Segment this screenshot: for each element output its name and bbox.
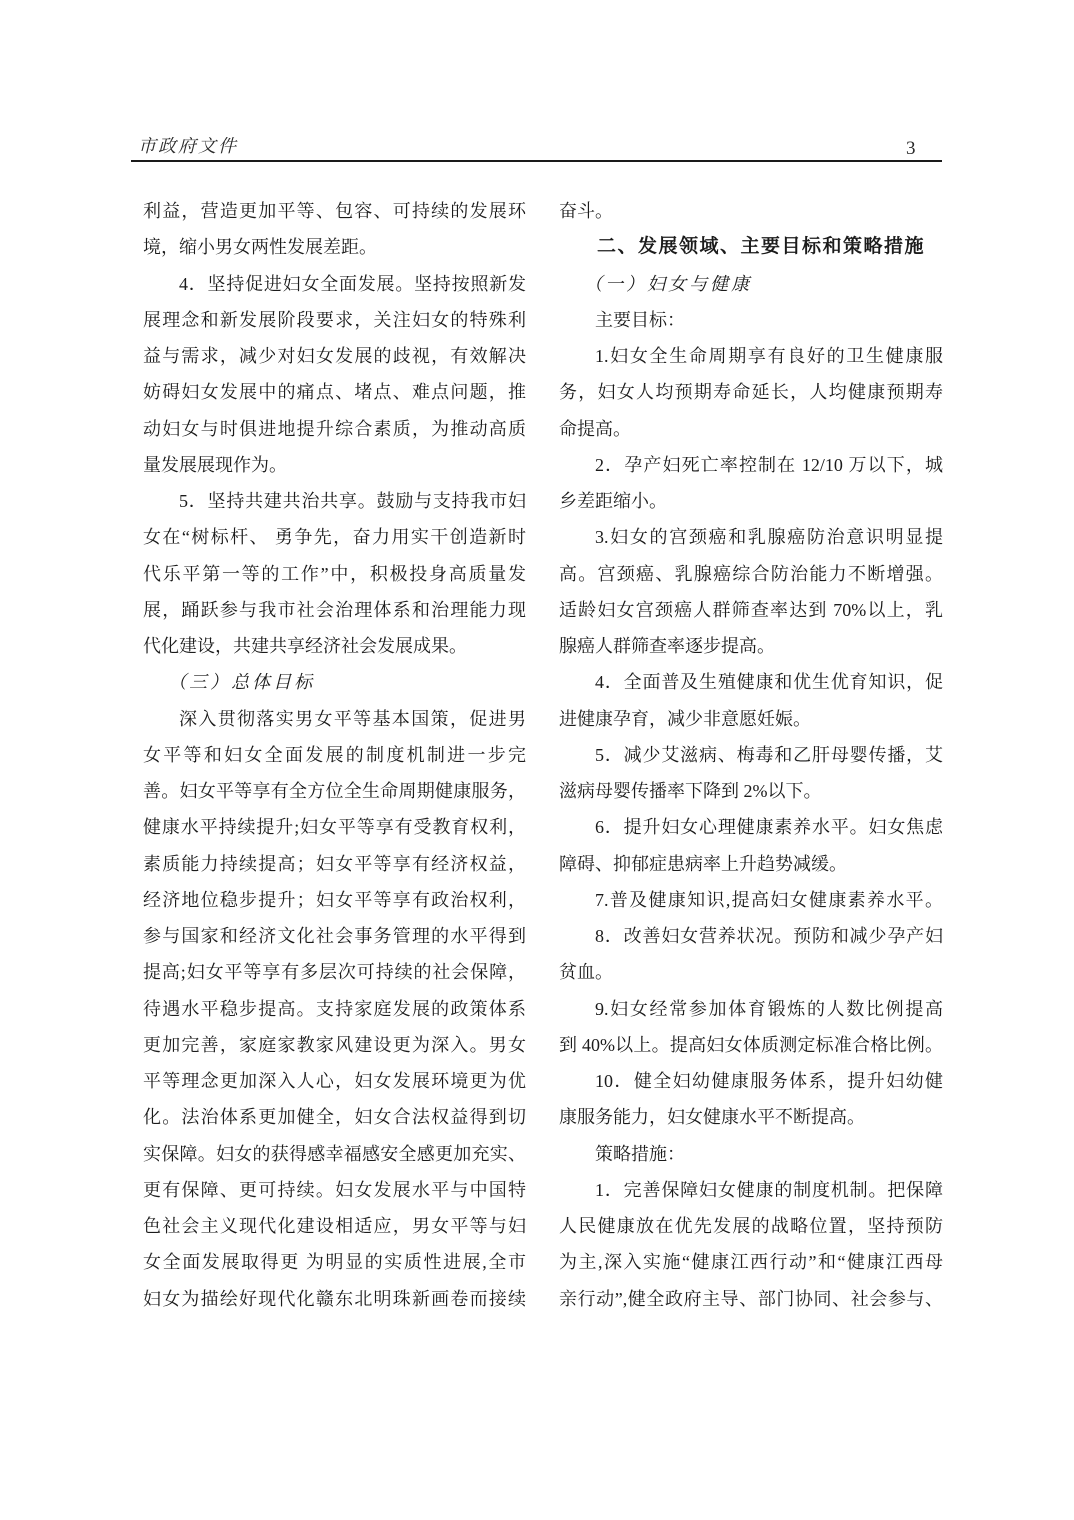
text-line: 康服务能力，妇女健康水平不断提高。	[559, 1099, 943, 1135]
text-line: 1．完善保障妇女健康的制度机制。把保障	[559, 1172, 943, 1208]
text-line: 参与国家和经济文化社会事务管理的水平得到	[143, 918, 526, 954]
text-line: 健康水平持续提升;妇女平等享有受教育权利，	[143, 809, 526, 845]
text-line: 主要目标：	[559, 302, 943, 338]
text-line: 更加完善，家庭家教家风建设更为深入。男女	[143, 1027, 526, 1063]
text-line: （一）妇女与健康	[559, 266, 943, 302]
text-line: 滋病母婴传播率下降到 2%以下。	[559, 773, 943, 809]
text-line: 色社会主义现代化建设相适应，男女平等与妇	[143, 1208, 526, 1244]
text-line: 为主,深入实施“健康江西行动”和“健康江西母	[559, 1244, 943, 1280]
text-line: 动妇女与时俱进地提升综合素质，为推动高质	[143, 411, 526, 447]
text-line: 障碍、抑郁症患病率上升趋势减缓。	[559, 846, 943, 882]
text-line: 亲行动”,健全政府主导、部门协同、社会参与、	[559, 1281, 943, 1317]
text-line: 量发展展现作为。	[143, 447, 526, 483]
text-line: 提高;妇女平等享有多层次可持续的社会保障，	[143, 954, 526, 990]
text-line: 更有保障、更可持续。妇女发展水平与中国特	[143, 1172, 526, 1208]
text-line: 乡差距缩小。	[559, 483, 943, 519]
text-line: 6．提升妇女心理健康素养水平。妇女焦虑	[559, 809, 943, 845]
right-text-column: 奋斗。二、发展领域、主要目标和策略措施（一）妇女与健康主要目标：1.妇女全生命周…	[559, 193, 943, 1317]
text-line: 经济地位稳步提升；妇女平等享有政治权利，	[143, 882, 526, 918]
text-line: 代化建设，共建共享经济社会发展成果。	[143, 628, 526, 664]
text-line: 7.普及健康知识,提高妇女健康素养水平。	[559, 882, 943, 918]
text-line: 2．孕产妇死亡率控制在 12/10 万以下，城	[559, 447, 943, 483]
text-line: 贫血。	[559, 954, 943, 990]
text-line: 化。法治体系更加健全，妇女合法权益得到切	[143, 1099, 526, 1135]
text-line: 5．坚持共建共治共享。鼓励与支持我市妇	[143, 483, 526, 519]
text-line: 8．改善妇女营养状况。预防和减少孕产妇	[559, 918, 943, 954]
text-line: 女在“树标杆、 勇争先，奋力用实干创造新时	[143, 519, 526, 555]
text-line: 9.妇女经常参加体育锻炼的人数比例提高	[559, 991, 943, 1027]
text-line: 善。妇女平等享有全方位全生命周期健康服务，	[143, 773, 526, 809]
header-rule	[131, 160, 942, 162]
text-line: 代乐平第一等的工作”中，积极投身高质量发	[143, 556, 526, 592]
text-line: 10．健全妇幼健康服务体系，提升妇幼健	[559, 1063, 943, 1099]
text-line: 二、发展领域、主要目标和策略措施	[559, 229, 943, 265]
text-line: 女全面发展取得更 为明显的实质性进展,全市	[143, 1244, 526, 1280]
text-line: 平等理念更加深入人心，妇女发展环境更为优	[143, 1063, 526, 1099]
text-line: 待遇水平稳步提高。支持家庭发展的政策体系	[143, 991, 526, 1027]
text-line: 素质能力持续提高；妇女平等享有经济权益，	[143, 846, 526, 882]
text-line: 适龄妇女宫颈癌人群筛查率达到 70%以上，乳	[559, 592, 943, 628]
text-line: 1.妇女全生命周期享有良好的卫生健康服	[559, 338, 943, 374]
text-line: 妨碍妇女发展中的痛点、堵点、难点问题，推	[143, 374, 526, 410]
text-line: 利益，营造更加平等、包容、可持续的发展环	[143, 193, 526, 229]
left-text-column: 利益，营造更加平等、包容、可持续的发展环境，缩小男女两性发展差距。4．坚持促进妇…	[143, 193, 526, 1317]
page-number: 3	[906, 138, 916, 160]
text-line: 务，妇女人均预期寿命延长，人均健康预期寿	[559, 374, 943, 410]
text-line: 5．减少艾滋病、梅毒和乙肝母婴传播，艾	[559, 737, 943, 773]
text-line: 境，缩小男女两性发展差距。	[143, 229, 526, 265]
text-line: 4．全面普及生殖健康和优生优育知识，促	[559, 664, 943, 700]
text-line: （三）总体目标	[143, 664, 526, 700]
text-line: 命提高。	[559, 411, 943, 447]
text-line: 妇女为描绘好现代化赣东北明珠新画卷而接续	[143, 1281, 526, 1317]
text-line: 展，踊跃参与我市社会治理体系和治理能力现	[143, 592, 526, 628]
text-line: 4．坚持促进妇女全面发展。坚持按照新发	[143, 266, 526, 302]
text-line: 奋斗。	[559, 193, 943, 229]
text-line: 人民健康放在优先发展的战略位置，坚持预防	[559, 1208, 943, 1244]
text-line: 进健康孕育，减少非意愿妊娠。	[559, 701, 943, 737]
text-line: 展理念和新发展阶段要求，关注妇女的特殊利	[143, 302, 526, 338]
text-line: 策略措施：	[559, 1136, 943, 1172]
text-line: 3.妇女的宫颈癌和乳腺癌防治意识明显提	[559, 519, 943, 555]
text-line: 深入贯彻落实男女平等基本国策，促进男	[143, 701, 526, 737]
text-line: 实保障。妇女的获得感幸福感安全感更加充实、	[143, 1136, 526, 1172]
document-page: 市政府文件 3 利益，营造更加平等、包容、可持续的发展环境，缩小男女两性发展差距…	[0, 0, 1074, 1520]
header-doc-type-label: 市政府文件	[138, 132, 238, 158]
text-line: 腺癌人群筛查率逐步提高。	[559, 628, 943, 664]
text-line: 益与需求，减少对妇女发展的歧视，有效解决	[143, 338, 526, 374]
text-line: 到 40%以上。提高妇女体质测定标准合格比例。	[559, 1027, 943, 1063]
text-line: 高。宫颈癌、乳腺癌综合防治能力不断增强。	[559, 556, 943, 592]
text-line: 女平等和妇女全面发展的制度机制进一步完	[143, 737, 526, 773]
